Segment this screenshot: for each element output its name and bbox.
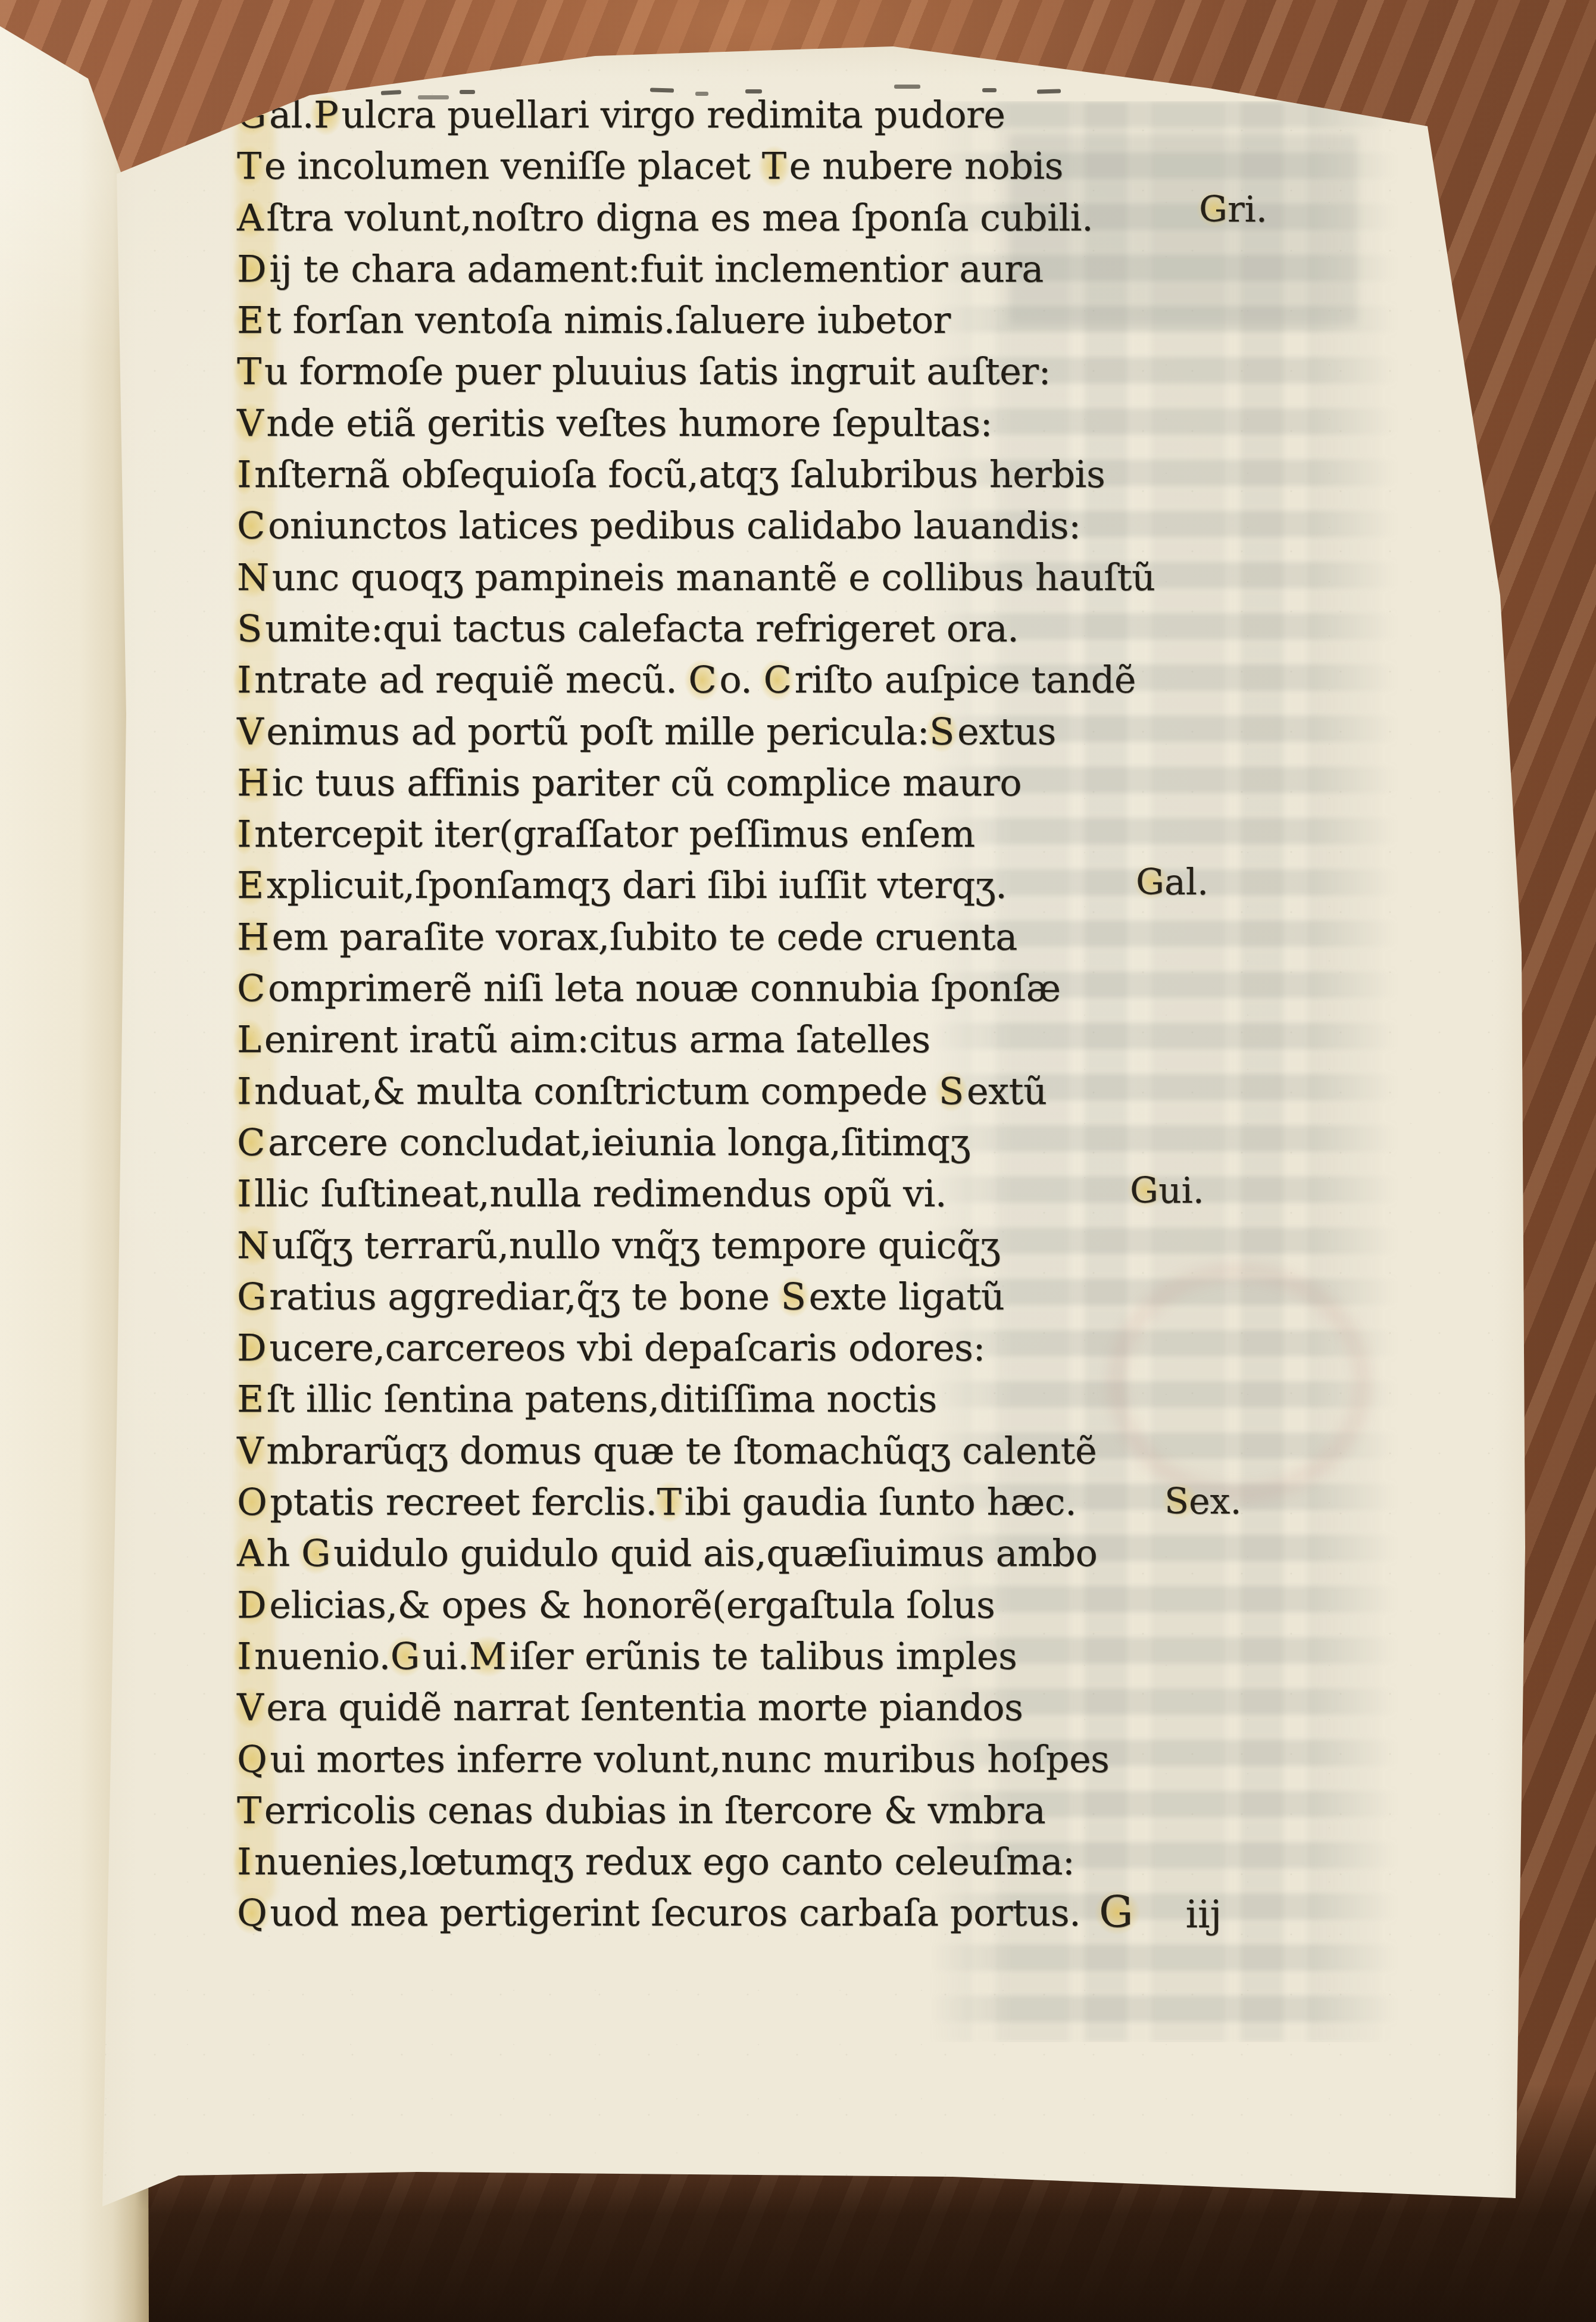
poem-line: Nunc quoqʒ pampineis manantẽ e collibus …: [237, 552, 1155, 603]
poem-line: Aſtra volunt,noſtro digna es mea ſponſa …: [237, 192, 1155, 244]
signature-letter: G: [1099, 1891, 1133, 1934]
poem-line: Ducere,carcereos vbi depaſcaris odores:: [237, 1322, 1155, 1374]
poem-text-block: Gal.Pulcra puellari virgo redimita pudor…: [237, 89, 1155, 1939]
line-text: ucere,carcereos vbi depaſcaris odores:: [269, 1326, 985, 1369]
line-text: o.: [719, 658, 763, 701]
line-text: nuenio.: [254, 1634, 391, 1678]
poem-line: Comprimerẽ niſi leta nouæ connubia ſponſ…: [237, 963, 1155, 1014]
line-text: ui mortes inferre volunt,nunc muribus ho…: [270, 1737, 1109, 1781]
rubricated-initial: T: [762, 141, 786, 192]
poem-line: Dij te chara adament:fuit inclementior a…: [237, 244, 1155, 295]
line-text: e incolumen veniſſe placet: [264, 144, 762, 188]
poem-line: Illic ſuſtineat,nulla redimendus opũ vi.: [237, 1168, 1155, 1219]
poem-line: Induat,& multa conſtrictum compede Sextũ: [237, 1066, 1155, 1117]
rubricated-initial: E: [237, 1374, 264, 1425]
rubricated-initial: N: [237, 1220, 269, 1271]
rubricated-initial: L: [237, 1014, 261, 1065]
poem-line: Inuenies,lœtumqʒ redux ego canto celeuſm…: [237, 1836, 1155, 1887]
rubricated-initial: C: [237, 1117, 265, 1168]
rubricated-initial: H: [237, 912, 269, 963]
rubricated-initial: G: [391, 1631, 420, 1682]
rubricated-initial: T: [237, 141, 261, 192]
rubricated-initial: V: [237, 706, 263, 757]
line-text: umite:qui tactus calefacta refrigeret or…: [265, 607, 1019, 650]
line-text: e nubere nobis: [789, 144, 1063, 188]
poem-line: Sumite:qui tactus calefacta refrigeret o…: [237, 603, 1155, 654]
line-text: llic ſuſtineat,nulla redimendus opũ vi.: [254, 1172, 947, 1215]
rubricated-initial: S: [929, 706, 954, 757]
line-text: iſer erũnis te talibus imples: [510, 1634, 1017, 1678]
speaker-label-sex: Sex.: [1164, 1484, 1242, 1519]
line-text: ij te chara adament:fuit inclementior au…: [269, 247, 1044, 291]
line-text: nuenies,lœtumqʒ redux ego canto celeuſma…: [254, 1840, 1075, 1883]
rubricated-initial: H: [237, 757, 269, 809]
rubricated-initial: V: [237, 1425, 263, 1477]
line-text: erricolis cenas dubias in ſtercore & vmb…: [264, 1789, 1045, 1832]
rubricated-initial: G: [237, 89, 266, 141]
book-page: Gal.Pulcra puellari virgo redimita pudor…: [0, 0, 1596, 2322]
line-text: unc quoqʒ pampineis manantẽ e collibus h…: [272, 555, 1155, 599]
rubricated-initial: O: [237, 1477, 267, 1528]
poem-line: Te incolumen veniſſe placet Te nubere no…: [237, 141, 1155, 192]
line-text: uſq̃ʒ terrarũ,nullo vnq̃ʒ tempore quicq̃…: [272, 1224, 1001, 1267]
speaker-label-gui: Gui.: [1130, 1173, 1204, 1209]
rubricated-initial: P: [314, 89, 338, 141]
line-text: ulcra puellari virgo redimita pudore: [341, 93, 1005, 136]
rubricated-initial: C: [237, 963, 265, 1014]
rubricated-initial: C: [237, 500, 265, 551]
poem-line: Delicias,& opes & honorẽ(ergaſtula ſolus: [237, 1580, 1155, 1631]
poem-line: Vera quidẽ narrat ſententia morte piando…: [237, 1682, 1155, 1733]
line-text: h: [266, 1531, 301, 1575]
poem-line: Lenirent iratũ aim:citus arma ſatelles: [237, 1014, 1155, 1065]
rubricated-initial: I: [237, 1631, 251, 1682]
poem-line: Terricolis cenas dubias in ſtercore & vm…: [237, 1785, 1155, 1836]
rubricated-initial: A: [237, 1528, 263, 1579]
line-text: uod mea pertigerint ſecuros carbaſa port…: [270, 1891, 1080, 1934]
rubricated-initial: D: [237, 1580, 266, 1631]
poem-line: Vmbrarũqʒ domus quæ te ſtomachũqʒ calent…: [237, 1425, 1155, 1477]
poem-line: Qui mortes inferre volunt,nunc muribus h…: [237, 1734, 1155, 1785]
rubricated-initial: I: [237, 449, 251, 500]
line-text: ſtra volunt,noſtro digna es mea ſponſa c…: [266, 196, 1093, 239]
poem-line: Tu formoſe puer pluuius ſatis ingruit au…: [237, 346, 1155, 397]
rubricated-initial: T: [657, 1477, 682, 1528]
rubricated-initial: S: [237, 603, 262, 654]
poem-line: Intercepit iter(graſſator peſſimus enſem: [237, 809, 1155, 860]
rubricated-initial: N: [237, 552, 269, 603]
rubricated-initial: E: [237, 860, 264, 911]
rubricated-initial: M: [469, 1631, 507, 1682]
poem-line: Vnde etiã geritis veſtes humore ſepultas…: [237, 398, 1155, 449]
rubricated-initial: C: [763, 654, 791, 706]
line-text: ui.: [423, 1634, 469, 1678]
rubricated-initial: A: [237, 192, 263, 244]
line-text: ntrate ad requiẽ mecũ.: [254, 658, 688, 701]
line-text: arcere concludat,ieiunia longa,ſitimqʒ: [268, 1121, 970, 1164]
poem-line: Nuſq̃ʒ terrarũ,nullo vnq̃ʒ tempore quicq…: [237, 1220, 1155, 1271]
line-text: elicias,& opes & honorẽ(ergaſtula ſolus: [269, 1583, 995, 1627]
line-text: exte ligatũ: [809, 1275, 1005, 1318]
poem-line: Eſt illic ſentina patens,ditiſſima nocti…: [237, 1374, 1155, 1425]
rubricated-initial: I: [237, 654, 251, 706]
photo-of-incunable-page-on-wooden-table: Gal.Pulcra puellari virgo redimita pudor…: [0, 0, 1596, 2322]
rubricated-initial: I: [237, 1836, 251, 1887]
line-text: extũ: [967, 1069, 1047, 1113]
rubricated-initial: C: [688, 654, 716, 706]
poem-line: Optatis recreet ferclis.Tibi gaudia ſunt…: [237, 1477, 1155, 1528]
rubricated-initial: V: [237, 398, 263, 449]
line-text: uidulo guidulo quid ais,quæſiuimus ambo: [333, 1531, 1097, 1575]
poem-line: Et forſan ventoſa nimis.ſaluere iubetor: [237, 295, 1155, 346]
quire-signature: Giij: [1099, 1891, 1222, 1934]
rubricated-initial: T: [237, 1785, 261, 1836]
line-text: ntercepit iter(graſſator peſſimus enſem: [254, 812, 975, 856]
rubricated-initial: G: [237, 1271, 266, 1322]
line-text: t forſan ventoſa nimis.ſaluere iubetor: [267, 298, 951, 342]
rubricated-initial: I: [237, 1168, 251, 1219]
rubricated-initial: S: [781, 1271, 806, 1322]
rubricated-initial: V: [237, 1682, 263, 1733]
poem-line: Explicuit,ſponſamqʒ dari ſibi iuſſit vte…: [237, 860, 1155, 911]
rubricated-initial: G: [301, 1528, 330, 1579]
line-text: xplicuit,ſponſamqʒ dari ſibi iuſſit vter…: [267, 863, 1007, 907]
poem-line: Quod mea pertigerint ſecuros carbaſa por…: [237, 1887, 1155, 1939]
poem-line: Hic tuus affinis pariter cũ complice mau…: [237, 757, 1155, 809]
rubricated-initial: I: [237, 809, 251, 860]
line-text: ratius aggrediar,q̃ʒ te bone: [269, 1275, 781, 1318]
line-text: nduat,& multa conſtrictum compede: [254, 1069, 939, 1113]
poem-line: Inuenio.Gui.Miſer erũnis te talibus impl…: [237, 1631, 1155, 1682]
line-text: enirent iratũ aim:citus arma ſatelles: [264, 1018, 930, 1061]
speaker-label-gri: Gri.: [1199, 192, 1267, 227]
rubricated-initial: D: [237, 1322, 266, 1374]
signature-numeral: iij: [1186, 1896, 1222, 1934]
line-text: era quidẽ narrat ſententia morte piandos: [266, 1686, 1023, 1729]
poem-line: Inſternã obſequioſa focũ,atqʒ ſalubribus…: [237, 449, 1155, 500]
rubricated-initial: Q: [237, 1887, 267, 1939]
poem-line: Ah Guidulo guidulo quid ais,quæſiuimus a…: [237, 1528, 1155, 1579]
line-text: extus: [957, 710, 1056, 753]
poem-line: Gal.Pulcra puellari virgo redimita pudor…: [237, 89, 1155, 141]
rubricated-initial: Q: [237, 1734, 267, 1785]
speaker-label-gal: Gal.: [1136, 864, 1208, 900]
poem-line: Intrate ad requiẽ mecũ. Co. Criſto auſpi…: [237, 654, 1155, 706]
line-text: riſto auſpice tandẽ: [794, 658, 1136, 701]
rubricated-initial: T: [237, 346, 261, 397]
poem-line: Gratius aggrediar,q̃ʒ te bone Sexte liga…: [237, 1271, 1155, 1322]
line-text: ſt illic ſentina patens,ditiſſima noctis: [267, 1377, 937, 1421]
rubricated-initial: D: [237, 244, 266, 295]
poem-line: Carcere concludat,ieiunia longa,ſitimqʒ: [237, 1117, 1155, 1168]
line-text: omprimerẽ niſi leta nouæ connubia ſponſæ: [268, 966, 1060, 1010]
rubricated-initial: E: [237, 295, 264, 346]
line-text: ic tuus affinis pariter cũ complice maur…: [272, 761, 1022, 804]
line-text: nſternã obſequioſa focũ,atqʒ ſalubribus …: [254, 452, 1105, 496]
poem-line: Coniunctos latices pedibus calidabo laua…: [237, 500, 1155, 551]
line-text: ibi gaudia ſunto hæc.: [684, 1480, 1076, 1524]
line-text: oniunctos latices pedibus calidabo lauan…: [268, 504, 1081, 547]
rubricated-initial: I: [237, 1066, 251, 1117]
line-text: nde etiã geritis veſtes humore ſepultas:: [266, 401, 992, 445]
line-text: em paraſite vorax,ſubito te cede cruenta: [272, 915, 1017, 959]
line-text: ptatis recreet ferclis.: [270, 1480, 657, 1524]
line-text: enimus ad portũ poſt mille pericula:: [266, 710, 929, 753]
line-text: u formoſe puer pluuius ſatis ingruit auſ…: [264, 349, 1051, 393]
line-text: al.: [269, 93, 314, 136]
poem-line: Hem paraſite vorax,ſubito te cede cruent…: [237, 912, 1155, 963]
line-text: mbrarũqʒ domus quæ te ſtomachũqʒ calentẽ: [266, 1429, 1097, 1472]
poem-line: Venimus ad portũ poſt mille pericula:Sex…: [237, 706, 1155, 757]
rubricated-initial: S: [939, 1066, 964, 1117]
